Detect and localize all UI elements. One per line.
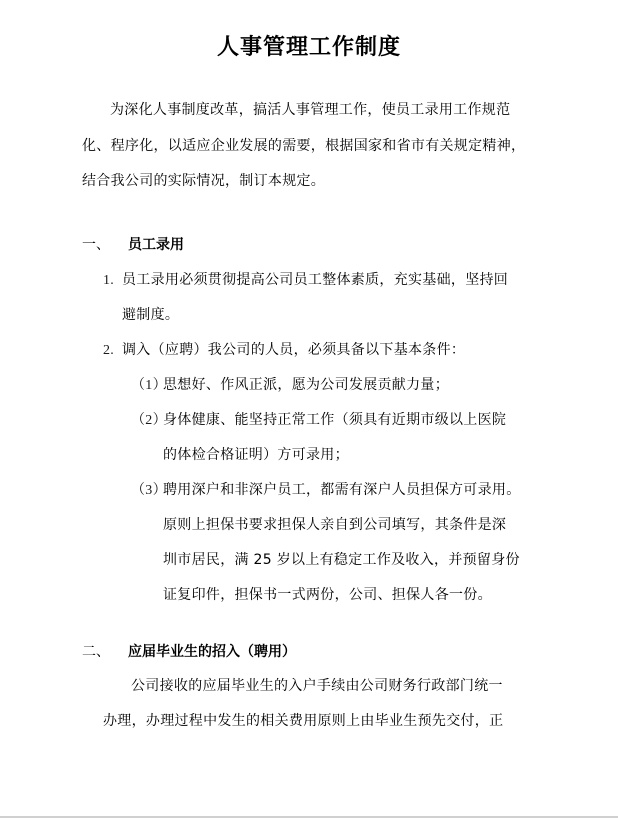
sub-item: （2）身体健康、能坚持正常工作（须具有近期市级以上医院: [131, 411, 506, 430]
list-item: 2.调入（应聘）我公司的人员，必须具备以下基本条件：: [103, 341, 465, 360]
sub-item-text: 聘用深户和非深户员工，都需有深户人员担保方可录用。: [163, 482, 521, 498]
section-number: 二、: [82, 643, 128, 661]
intro-line: 结合我公司的实际情况，制订本规定。: [82, 172, 325, 190]
sub-item: （1）思想好、作风正派，愿为公司发展贡献力量；: [131, 376, 449, 395]
sub-item-continuation: 圳市居民，满 25 岁以上有稳定工作及收入，并预留身份: [163, 551, 520, 569]
sub-item-continuation: 证复印件，担保书一式两份，公司、担保人各一份。: [163, 586, 492, 604]
sub-item-marker: （3）: [131, 482, 163, 500]
list-item-continuation: 避制度。: [122, 306, 179, 324]
sub-item: （3）聘用深户和非深户员工，都需有深户人员担保方可录用。: [131, 481, 521, 500]
sub-item-marker: （1）: [131, 377, 163, 395]
intro-line: 化、程序化，以适应企业发展的需要，根据国家和省市有关规定精神，: [82, 137, 525, 155]
paragraph-line: 办理，办理过程中发生的相关费用原则上由毕业生预先交付，正: [103, 712, 503, 730]
list-marker: 1.: [103, 272, 122, 290]
section-heading: 二、应届毕业生的招入（聘用）: [82, 643, 296, 661]
list-item-text: 调入（应聘）我公司的人员，必须具备以下基本条件：: [122, 342, 465, 358]
list-marker: 2.: [103, 342, 122, 360]
sub-item-continuation: 的体检合格证明）方可录用；: [163, 446, 349, 464]
paragraph-line: 公司接收的应届毕业生的入户手续由公司财务行政部门统一: [131, 677, 503, 695]
sub-item-text: 思想好、作风正派，愿为公司发展贡献力量；: [163, 377, 449, 393]
intro-line: 为深化人事制度改革，搞活人事管理工作，使员工录用工作规范: [110, 101, 510, 119]
document-title: 人事管理工作制度: [0, 30, 618, 61]
document-page: 人事管理工作制度 为深化人事制度改革，搞活人事管理工作，使员工录用工作规范 化、…: [0, 0, 618, 816]
section-title: 应届毕业生的招入（聘用）: [128, 644, 296, 660]
section-heading: 一、员工录用: [82, 236, 184, 254]
sub-item-marker: （2）: [131, 412, 163, 430]
list-item-text: 员工录用必须贯彻提高公司员工整体素质，充实基础，坚持回: [122, 272, 508, 288]
sub-item-text: 身体健康、能坚持正常工作（须具有近期市级以上医院: [163, 412, 506, 428]
section-number: 一、: [82, 236, 128, 254]
section-title: 员工录用: [128, 237, 184, 253]
list-item: 1.员工录用必须贯彻提高公司员工整体素质，充实基础，坚持回: [103, 271, 508, 290]
sub-item-continuation: 原则上担保书要求担保人亲自到公司填写，其条件是深: [163, 516, 506, 534]
